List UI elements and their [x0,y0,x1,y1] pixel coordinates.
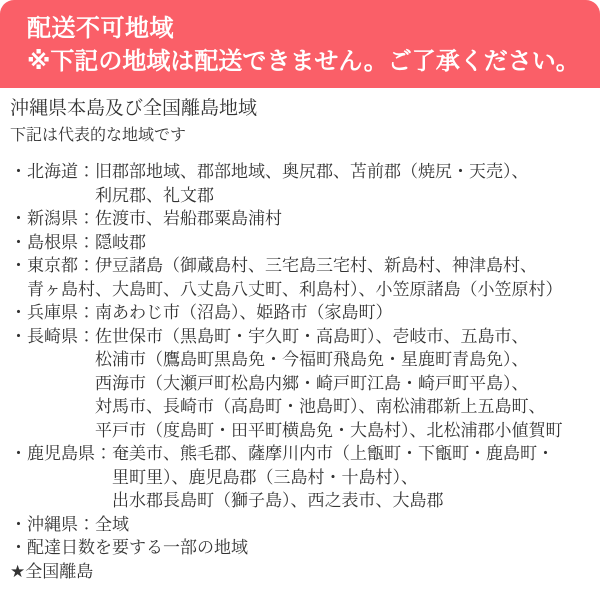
banner-subtitle: ※下記の地域は配送できません。ご了承ください。 [27,45,590,78]
footnote-remote-islands: ★全国離島 [10,560,594,584]
region-line-nagasaki-4: 対馬市、長崎市（高島町・池島町）、南松浦郡新上五島町、 [10,395,594,419]
region-line-tokyo-2: 青ヶ島村、大島町、八丈島八丈町、利島村）、小笠原諸島（小笠原村） [10,278,594,302]
notice-banner: 配送不可地域 ※下記の地域は配送できません。ご了承ください。 [0,0,600,88]
region-line-nagasaki-5: 平戸市（度島町・田平町横島免・大島村）、北松浦郡小値賀町 [10,419,594,443]
banner-title: 配送不可地域 [27,12,590,45]
region-line-okinawa: ・沖縄県：全域 [10,513,594,537]
region-line-nagasaki-3: 西海市（大瀬戸町松島内郷・崎戸町江島・崎戸町平島）、 [10,372,594,396]
notice-body: 沖縄県本島及び全国離島地域 下記は代表的な地域です ・北海道：旧郡部地域、郡部地… [0,88,600,583]
region-line-hokkaido: ・北海道：旧郡部地域、郡部地域、奥尻郡、苫前郡（焼尻・天売）、 [10,160,594,184]
region-line-hyogo: ・兵庫県：南あわじ市（沼島）、姫路市（家島町） [10,301,594,325]
region-line-shimane: ・島根県：隠岐郡 [10,231,594,255]
region-line-kagoshima-2: 里町里）、鹿児島郡（三島村・十島村）、 [10,466,594,490]
section-title: 沖縄県本島及び全国離島地域 [10,95,594,122]
region-line-niigata: ・新潟県：佐渡市、岩船郡粟島浦村 [10,207,594,231]
region-line-tokyo: ・東京都：伊豆諸島（御蔵島村、三宅島三宅村、新島村、神津島村、 [10,254,594,278]
region-line-hokkaido-2: 利尻郡、礼文郡 [10,184,594,208]
region-line-delivery-days: ・配達日数を要する一部の地域 [10,536,594,560]
shipping-restriction-notice: 配送不可地域 ※下記の地域は配送できません。ご了承ください。 沖縄県本島及び全国… [0,0,600,600]
section-note: 下記は代表的な地域です [10,124,594,148]
region-list: ・北海道：旧郡部地域、郡部地域、奥尻郡、苫前郡（焼尻・天売）、 利尻郡、礼文郡 … [10,160,594,560]
region-line-nagasaki: ・長崎県：佐世保市（黒島町・宇久町・高島町）、壱岐市、五島市、 [10,325,594,349]
region-line-kagoshima-3: 出水郡長島町（獅子島）、西之表市、大島郡 [10,489,594,513]
region-line-kagoshima: ・鹿児島県：奄美市、熊毛郡、薩摩川内市（上甑町・下甑町・鹿島町・ [10,442,594,466]
region-line-nagasaki-2: 松浦市（鷹島町黒島免・今福町飛島免・星鹿町青島免）、 [10,348,594,372]
